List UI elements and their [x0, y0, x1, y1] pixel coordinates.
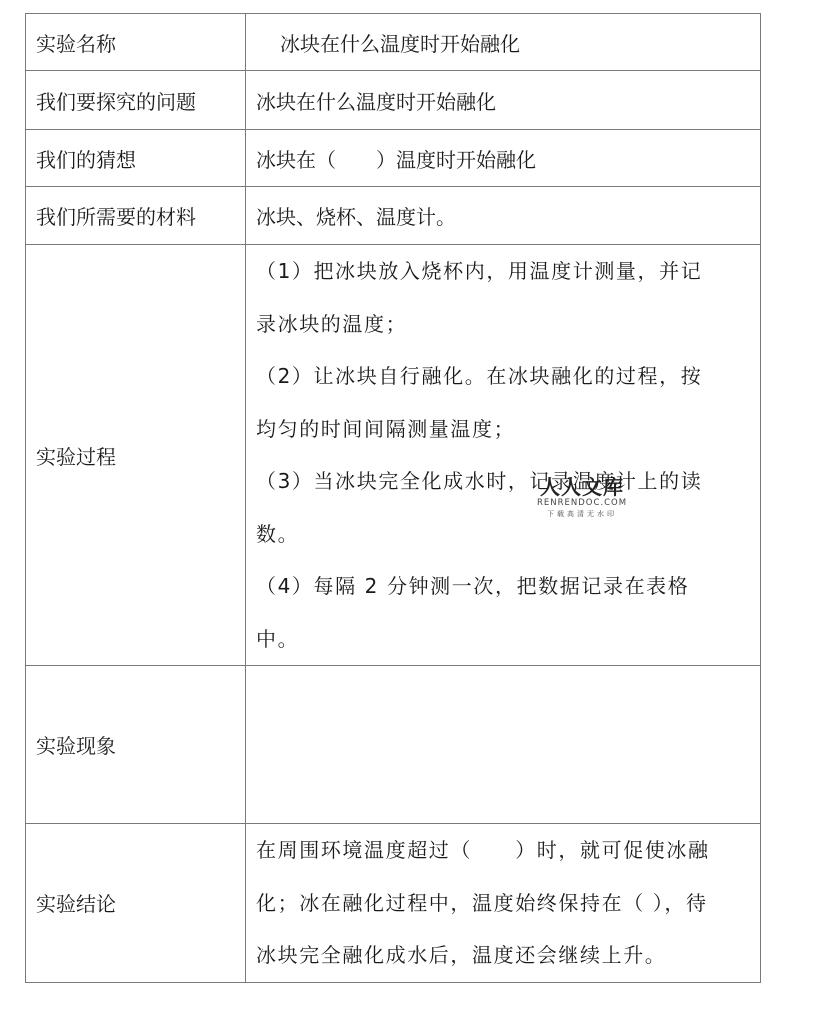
table-row-hypothesis: 我们的猜想 冰块在（ ）温度时开始融化: [26, 130, 761, 187]
table-row-conclusion: 实验结论 在周围环境温度超过（ ）时，就可促使冰融 化；冰在融化过程中，温度始终…: [26, 824, 761, 983]
conclusion-line: 冰块完全融化成水后，温度还会继续上升。: [256, 929, 750, 982]
procedure-line: 数。: [256, 508, 750, 561]
row-value: 冰块在（ ）温度时开始融化: [246, 130, 761, 187]
table-row-procedure: 实验过程 （1）把冰块放入烧杯内，用温度计测量，并记 录冰块的温度； （2）让冰…: [26, 245, 761, 666]
experiment-table: 实验名称 冰块在什么温度时开始融化 我们要探究的问题 冰块在什么温度时开始融化 …: [25, 13, 761, 983]
procedure-line: 中。: [256, 613, 750, 666]
table-row-question: 我们要探究的问题 冰块在什么温度时开始融化: [26, 71, 761, 130]
table-row-phenomenon: 实验现象: [26, 666, 761, 824]
procedure-line: （3）当冰块完全化成水时，记录温度计上的读: [256, 455, 750, 508]
row-label: 实验结论: [26, 824, 246, 983]
row-label: 实验过程: [26, 245, 246, 666]
row-label: 实验名称: [26, 14, 246, 71]
conclusion-line: 化；冰在融化过程中，温度始终保持在（ ），待: [256, 877, 750, 930]
procedure-line: （4）每隔 2 分钟测一次，把数据记录在表格: [256, 560, 750, 613]
procedure-line: 录冰块的温度；: [256, 298, 750, 351]
row-label: 我们的猜想: [26, 130, 246, 187]
row-value: （1）把冰块放入烧杯内，用温度计测量，并记 录冰块的温度； （2）让冰块自行融化…: [246, 245, 761, 666]
procedure-line: （1）把冰块放入烧杯内，用温度计测量，并记: [256, 245, 750, 298]
row-label: 我们所需要的材料: [26, 187, 246, 245]
row-value: 冰块在什么温度时开始融化: [246, 14, 761, 71]
procedure-line: 均匀的时间间隔测量温度；: [256, 403, 750, 456]
conclusion-line: 在周围环境温度超过（ ）时，就可促使冰融: [256, 824, 750, 877]
row-value: 在周围环境温度超过（ ）时，就可促使冰融 化；冰在融化过程中，温度始终保持在（ …: [246, 824, 761, 983]
table-row-materials: 我们所需要的材料 冰块、烧杯、温度计。: [26, 187, 761, 245]
table-row-experiment-name: 实验名称 冰块在什么温度时开始融化: [26, 14, 761, 71]
row-value-empty: [246, 666, 761, 824]
row-value: 冰块在什么温度时开始融化: [246, 71, 761, 130]
row-value: 冰块、烧杯、温度计。: [246, 187, 761, 245]
row-label: 我们要探究的问题: [26, 71, 246, 130]
row-label: 实验现象: [26, 666, 246, 824]
procedure-line: （2）让冰块自行融化。在冰块融化的过程，按: [256, 350, 750, 403]
